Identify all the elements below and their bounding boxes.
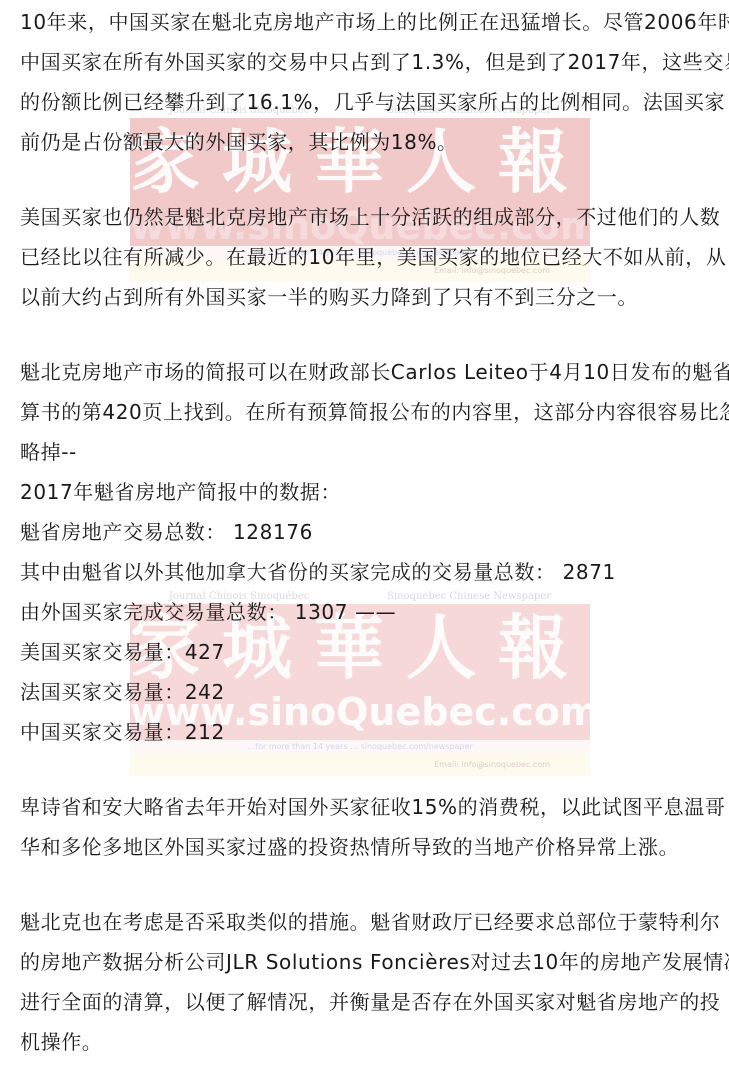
data-label: 中国买家交易量： — [20, 720, 185, 744]
data-value: 1307 — [295, 600, 348, 624]
data-value: 427 — [185, 640, 225, 664]
text-line: 机操作。 — [20, 1022, 720, 1062]
text-line: 魁北克房地产市场的简报可以在财政部长Carlos Leiteo于4月10日发布的… — [20, 352, 720, 392]
data-value: 2871 — [563, 560, 616, 584]
data-section-heading: 2017年魁省房地产简报中的数据： — [20, 472, 720, 512]
text-line: 略掉-- — [20, 432, 720, 472]
paragraph-gap — [20, 317, 720, 352]
data-label: 魁省房地产交易总数： — [20, 520, 226, 544]
data-row-us-buyers: 美国买家交易量：427 — [20, 632, 720, 672]
data-row-foreign-buyers: 由外国买家完成交易量总数： 1307 —— — [20, 592, 720, 632]
text-line: 已经比以往有所减少。在最近的10年里，美国买家的地位已经大不如从前，从 — [20, 237, 720, 277]
text-line: 算书的第420页上找到。在所有预算简报公布的内容里，这部分内容很容易比忽 — [20, 392, 720, 432]
paragraph-quebec-measures: 魁北克也在考虑是否采取类似的措施。魁省财政厅已经要求总部位于蒙特利尔 的房地产数… — [20, 902, 720, 1062]
text-line: 10年来，中国买家在魁北克房地产市场上的比例正在迅猛增长。尽管2006年时 — [20, 2, 720, 42]
data-label: 由外国买家完成交易量总数： — [20, 600, 288, 624]
data-section: 2017年魁省房地产简报中的数据： 魁省房地产交易总数： 128176 其中由魁… — [20, 472, 720, 752]
article-body: 10年来，中国买家在魁北克房地产市场上的比例正在迅猛增长。尽管2006年时 中国… — [20, 2, 720, 1062]
data-label: 美国买家交易量： — [20, 640, 185, 664]
text-line: 的份额比例已经攀升到了16.1%，几乎与法国买家所占的比例相同。法国买家目 — [20, 82, 720, 122]
paragraph-consumption-tax: 卑诗省和安大略省去年开始对国外买家征收15%的消费税，以此试图平息温哥 华和多伦… — [20, 787, 720, 867]
text-line: 进行全面的清算，以便了解情况，并衡量是否存在外国买家对魁省房地产的投 — [20, 982, 720, 1022]
data-row-chinese-buyers: 中国买家交易量：212 — [20, 712, 720, 752]
paragraph-gap — [20, 162, 720, 197]
text-line: 前仍是占份额最大的外国买家，其比例为18%。 — [20, 122, 720, 162]
paragraph-gap — [20, 867, 720, 902]
data-row-total-transactions: 魁省房地产交易总数： 128176 — [20, 512, 720, 552]
text-line: 中国买家在所有外国买家的交易中只占到了1.3%，但是到了2017年，这些交易 — [20, 42, 720, 82]
paragraph-gap — [20, 752, 720, 787]
text-line: 的房地产数据分析公司JLR Solutions Foncières对过去10年的… — [20, 942, 720, 982]
text-line: 华和多伦多地区外国买家过盛的投资热情所导致的当地产价格异常上涨。 — [20, 827, 720, 867]
text-line: 卑诗省和安大略省去年开始对国外买家征收15%的消费税，以此试图平息温哥 — [20, 787, 720, 827]
text-line: 美国买家也仍然是魁北克房地产市场上十分活跃的组成部分，不过他们的人数 — [20, 197, 720, 237]
data-label: 法国买家交易量： — [20, 680, 185, 704]
data-suffix: —— — [348, 600, 396, 624]
data-value: 128176 — [233, 520, 313, 544]
paragraph-american-buyers: 美国买家也仍然是魁北克房地产市场上十分活跃的组成部分，不过他们的人数 已经比以往… — [20, 197, 720, 317]
text-line: 魁北克也在考虑是否采取类似的措施。魁省财政厅已经要求总部位于蒙特利尔 — [20, 902, 720, 942]
data-value: 242 — [185, 680, 225, 704]
text-line: 以前大约占到所有外国买家一半的购买力降到了只有不到三分之一。 — [20, 277, 720, 317]
paragraph-chinese-buyers-growth: 10年来，中国买家在魁北克房地产市场上的比例正在迅猛增长。尽管2006年时 中国… — [20, 2, 720, 162]
data-label: 其中由魁省以外其他加拿大省份的买家完成的交易量总数： — [20, 560, 556, 584]
data-row-other-provinces: 其中由魁省以外其他加拿大省份的买家完成的交易量总数： 2871 — [20, 552, 720, 592]
data-row-french-buyers: 法国买家交易量：242 — [20, 672, 720, 712]
paragraph-budget-brief: 魁北克房地产市场的简报可以在财政部长Carlos Leiteo于4月10日发布的… — [20, 352, 720, 472]
data-value: 212 — [185, 720, 225, 744]
